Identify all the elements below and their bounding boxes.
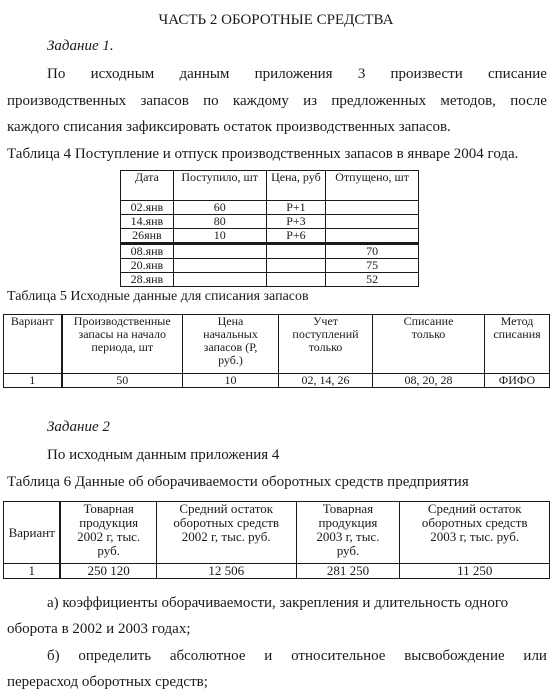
header-cell: Цена, руб [266, 171, 326, 201]
cell: 60 [173, 201, 266, 215]
cell: 1 [4, 564, 61, 579]
table6-header-row: Вариант Товарная продукция 2002 г, тыс. … [4, 502, 550, 564]
table4: Дата Поступило, шт Цена, руб Отпущено, ш… [120, 170, 419, 287]
word: приложения [255, 66, 333, 83]
word: по [203, 93, 219, 110]
cell: ФИФО [485, 374, 550, 388]
cell: 11 250 [400, 564, 550, 579]
page-heading: ЧАСТЬ 2 ОБОРОТНЫЕ СРЕДСТВА [0, 12, 552, 29]
table6: Вариант Товарная продукция 2002 г, тыс. … [3, 501, 550, 579]
header-cell: Дата [121, 171, 174, 201]
cell: 28.янв [121, 273, 174, 287]
cell: 20.янв [121, 259, 174, 273]
word: По [47, 66, 65, 83]
word: и [264, 648, 272, 665]
cell: 08, 20, 28 [373, 374, 485, 388]
header-cell: Средний остаток оборотных средств 2002 г… [156, 502, 296, 564]
cell [326, 215, 419, 229]
word: высвобождение [404, 648, 504, 665]
table4-caption: Таблица 4 Поступление и отпуск производс… [7, 146, 518, 163]
cell: 02, 14, 26 [279, 374, 373, 388]
cell: 02.янв [121, 201, 174, 215]
table6-caption: Таблица 6 Данные об оборачиваемости обор… [7, 474, 469, 491]
cell: 70 [326, 244, 419, 259]
word: б) [47, 648, 60, 665]
cell [326, 201, 419, 215]
word: данным [180, 66, 230, 83]
header-cell: Поступило, шт [173, 171, 266, 201]
word: предложенных [331, 93, 426, 110]
table-row: 08.янв 70 [121, 244, 419, 259]
cell [173, 244, 266, 259]
cell [173, 259, 266, 273]
cell: 10 [173, 229, 266, 244]
cell [326, 229, 419, 244]
cell: 80 [173, 215, 266, 229]
cell: 14.янв [121, 215, 174, 229]
table-row: 26янв 10 P+6 [121, 229, 419, 244]
word: определить [78, 648, 151, 665]
cell: 08.янв [121, 244, 174, 259]
header-cell: Товарная продукция 2002 г, тыс. руб. [60, 502, 156, 564]
cell [173, 273, 266, 287]
header-cell: Вариант [4, 315, 62, 374]
header-cell: Учет поступлений только [279, 315, 373, 374]
header-cell: Вариант [4, 502, 61, 564]
cell: 250 120 [60, 564, 156, 579]
task1-line3: каждого списания зафиксировать остаток п… [7, 119, 451, 136]
table-row: 28.янв 52 [121, 273, 419, 287]
table4-header-row: Дата Поступило, шт Цена, руб Отпущено, ш… [121, 171, 419, 201]
cell: P+1 [266, 201, 326, 215]
cell: 10 [183, 374, 279, 388]
cell [266, 273, 326, 287]
word: методов, [440, 93, 496, 110]
item-a-line2: оборота в 2002 и 2003 годах; [7, 621, 191, 638]
task1-line2: производственныхзапасовпокаждомуизпредло… [7, 93, 547, 110]
word: каждому [233, 93, 289, 110]
cell: 75 [326, 259, 419, 273]
header-cell: Списание только [373, 315, 485, 374]
item-a-line1: а) коэффициенты оборачиваемости, закрепл… [47, 595, 508, 612]
header-cell: Отпущено, шт [326, 171, 419, 201]
word: списание [488, 66, 547, 83]
table5-caption: Таблица 5 Исходные данные для списания з… [7, 289, 309, 305]
cell: 50 [62, 374, 183, 388]
header-cell: Средний остаток оборотных средств 2003 г… [400, 502, 550, 564]
cell: 52 [326, 273, 419, 287]
table-row: 20.янв 75 [121, 259, 419, 273]
word: относительное [291, 648, 385, 665]
cell: 26янв [121, 229, 174, 244]
word: из [303, 93, 317, 110]
header-cell: Метод списания [485, 315, 550, 374]
table-row: 02.янв 60 P+1 [121, 201, 419, 215]
table5: Вариант Производственные запасы на начал… [3, 314, 550, 388]
table5-header-row: Вариант Производственные запасы на начал… [4, 315, 550, 374]
task2-line1: По исходным данным приложения 4 [47, 447, 279, 464]
word: абсолютное [170, 648, 246, 665]
word: произвести [391, 66, 463, 83]
table-row: 14.янв 80 P+3 [121, 215, 419, 229]
task1-title: Задание 1. [47, 38, 114, 55]
cell: 12 506 [156, 564, 296, 579]
cell: 281 250 [296, 564, 400, 579]
task1-line1: Поисходнымданнымприложения3произвестиспи… [47, 66, 547, 83]
item-b-line2: перерасход оборотных средств; [7, 674, 208, 691]
table-row: 1 50 10 02, 14, 26 08, 20, 28 ФИФО [4, 374, 550, 388]
word: или [523, 648, 547, 665]
cell: P+3 [266, 215, 326, 229]
word: исходным [91, 66, 155, 83]
header-cell: Товарная продукция 2003 г, тыс. руб. [296, 502, 400, 564]
table-row: 1 250 120 12 506 281 250 11 250 [4, 564, 550, 579]
cell: P+6 [266, 229, 326, 244]
cell [266, 259, 326, 273]
cell [266, 244, 326, 259]
item-b-line1: б)определитьабсолютноеиотносительноевысв… [47, 648, 547, 665]
header-cell: Производственные запасы на начало период… [62, 315, 183, 374]
task2-title: Задание 2 [47, 419, 110, 436]
word: запасов [140, 93, 188, 110]
header-cell: Цена начальных запасов (Р, руб.) [183, 315, 279, 374]
cell: 1 [4, 374, 62, 388]
word: производственных [7, 93, 126, 110]
word: после [510, 93, 547, 110]
word: 3 [358, 66, 366, 83]
